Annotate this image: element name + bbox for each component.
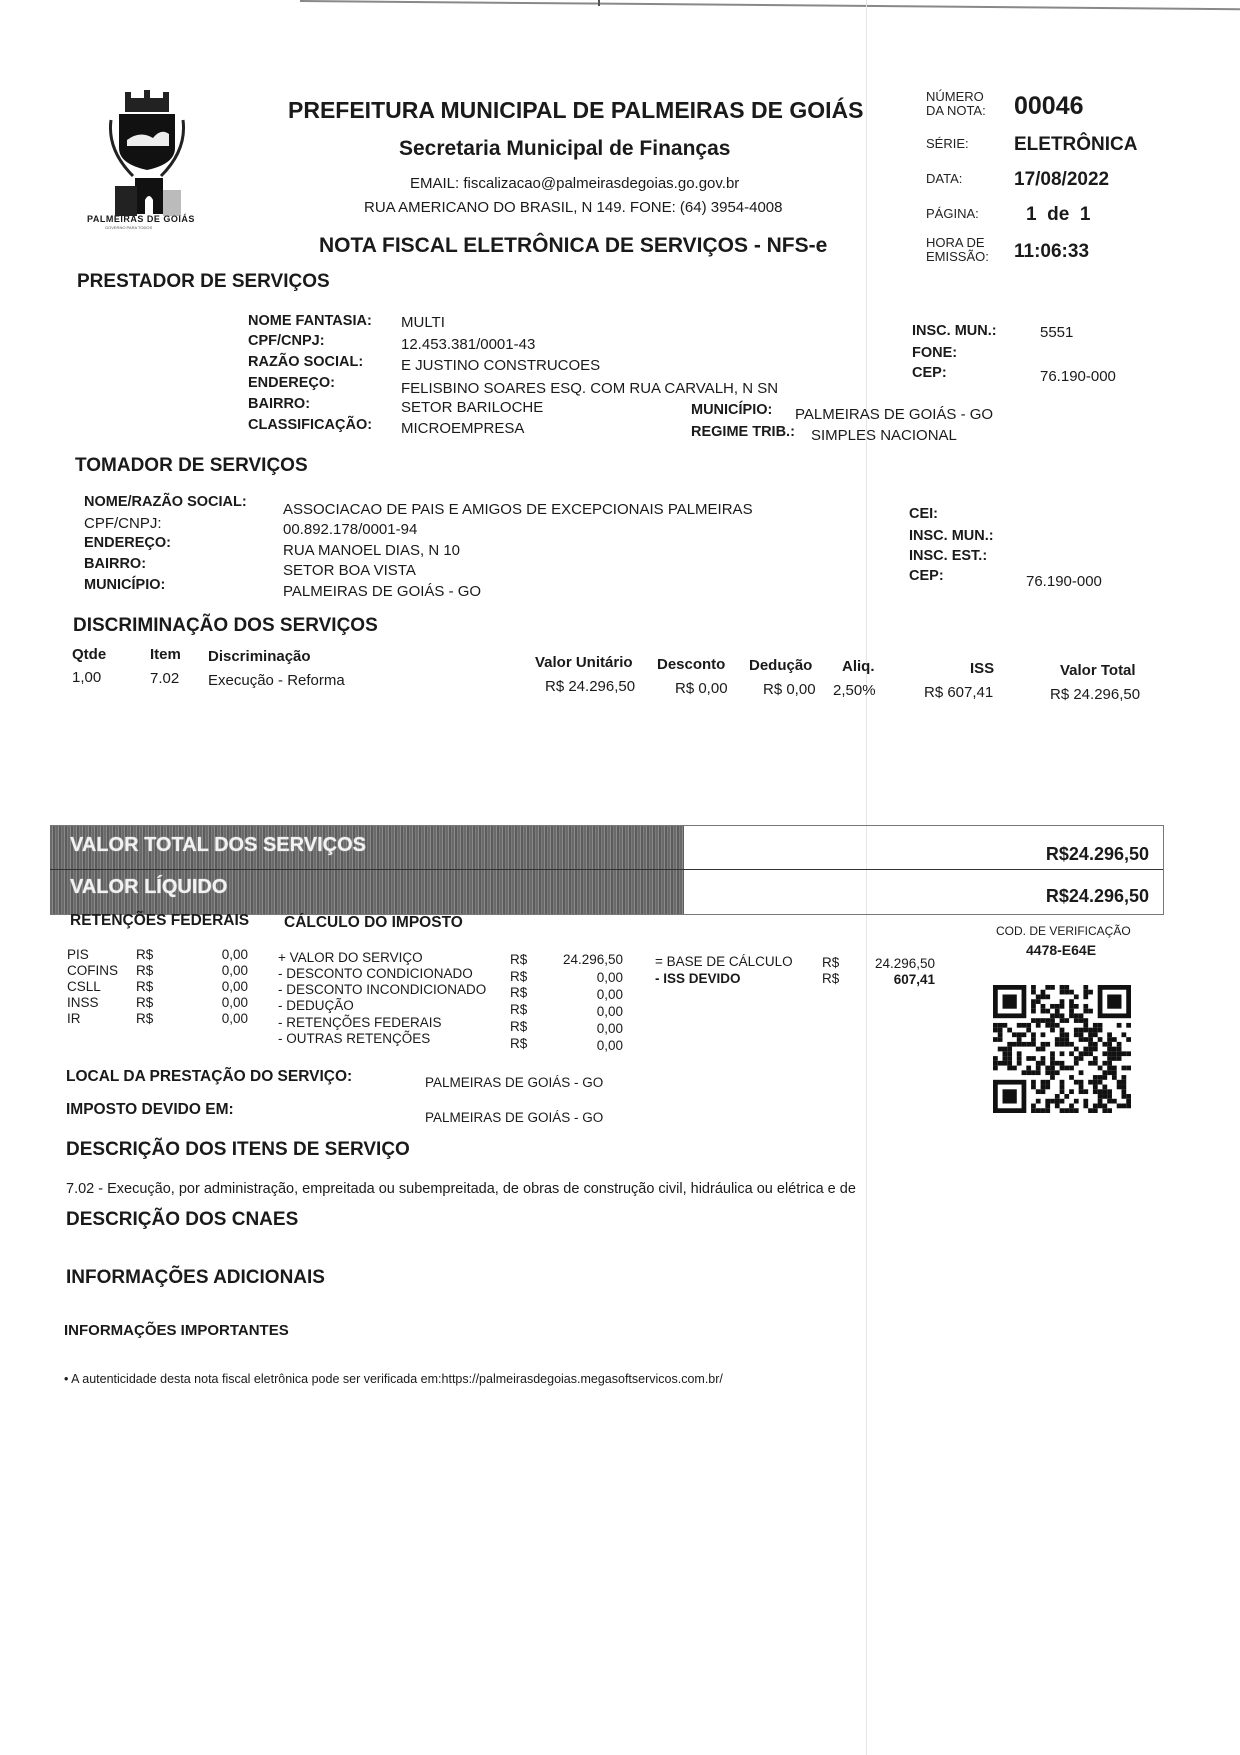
col-item: Item xyxy=(150,646,181,663)
calculo-retencoes-federais: 0,00 xyxy=(540,1021,623,1036)
cnaes-section-title: DESCRIÇÃO DOS CNAES xyxy=(66,1209,298,1231)
scan-mark xyxy=(598,0,600,6)
prestador-label: CPF/CNPJ: xyxy=(248,333,325,349)
retencao-name: COFINS xyxy=(67,963,118,978)
calculo-currency: R$ xyxy=(510,1002,527,1017)
prestador-regime: SIMPLES NACIONAL xyxy=(811,427,957,444)
prestador-regime-label: REGIME TRIB.: xyxy=(691,424,795,440)
tomador-razao-social: ASSOCIACAO DE PAIS E AMIGOS DE EXCEPCION… xyxy=(283,501,753,518)
qr-code-icon[interactable] xyxy=(993,985,1131,1113)
cell-aliq: 2,50% xyxy=(833,682,876,699)
department-subtitle: Secretaria Municipal de Finanças xyxy=(399,137,730,161)
logo-caption: PALMEIRAS DE GOIÁS xyxy=(87,214,195,224)
tomador-label: ENDEREÇO: xyxy=(84,535,171,551)
retencao-name: INSS xyxy=(67,995,99,1010)
date-label: DATA: xyxy=(926,172,962,186)
document-title: NOTA FISCAL ELETRÔNICA DE SERVIÇOS - NFS… xyxy=(319,234,827,258)
tomador-cei-label: CEI: xyxy=(909,506,938,522)
prestador-cep: 76.190-000 xyxy=(1040,368,1116,385)
hora-label-line1: HORA DE xyxy=(926,236,989,250)
tomador-municipio: PALMEIRAS DE GOIÁS - GO xyxy=(283,583,481,600)
prestador-label: NOME FANTASIA: xyxy=(248,313,372,329)
descricao-itens-section-title: DESCRIÇÃO DOS ITENS DE SERVIÇO xyxy=(66,1139,410,1161)
tomador-label: CPF/CNPJ: xyxy=(84,515,162,532)
retencao-name: CSLL xyxy=(67,979,101,994)
local-prestacao-value: PALMEIRAS DE GOIÁS - GO xyxy=(425,1075,603,1090)
municipal-coat-of-arms-logo: PALMEIRAS DE GOIÁS GOVERNO PARA TODOS xyxy=(95,90,205,240)
invoice-number: 00046 xyxy=(1014,92,1084,121)
col-qtde: Qtde xyxy=(72,646,106,663)
prestador-endereco: FELISBINO SOARES ESQ. COM RUA CARVALH, N… xyxy=(401,380,778,397)
calculo-valor-servico: 24.296,50 xyxy=(540,952,623,967)
calculo-label: - DESCONTO INCONDICIONADO xyxy=(278,982,486,997)
base-calculo-value: 24.296,50 xyxy=(850,956,935,971)
calculo-currency: R$ xyxy=(510,1036,527,1051)
cell-deducao: R$ 0,00 xyxy=(763,681,816,698)
tomador-label: NOME/RAZÃO SOCIAL: xyxy=(84,494,247,510)
base-calculo-label: = BASE DE CÁLCULO xyxy=(655,954,793,969)
col-iss: ISS xyxy=(970,660,994,677)
prestador-bairro: SETOR BARILOCHE xyxy=(401,399,543,416)
col-valor-unitario: Valor Unitário xyxy=(535,654,633,671)
calculo-label: - DEDUÇÃO xyxy=(278,998,354,1013)
numero-label: NÚMERO DA NOTA: xyxy=(926,90,986,118)
prestador-cnpj: 12.453.381/0001-43 xyxy=(401,336,535,353)
tomador-section-title: TOMADOR DE SERVIÇOS xyxy=(75,455,308,477)
col-discriminacao: Discriminação xyxy=(208,648,311,665)
cell-valor-unitario: R$ 24.296,50 xyxy=(545,678,635,695)
valor-total-label: VALOR TOTAL DOS SERVIÇOS xyxy=(70,834,366,857)
qr-code-graphic xyxy=(993,985,1131,1113)
cell-iss: R$ 607,41 xyxy=(924,684,993,701)
cell-desconto: R$ 0,00 xyxy=(675,680,728,697)
imposto-devido-value: PALMEIRAS DE GOIÁS - GO xyxy=(425,1110,603,1125)
issuer-address: RUA AMERICANO DO BRASIL, N 149. FONE: (6… xyxy=(364,199,783,216)
valor-total: R$24.296,50 xyxy=(1046,844,1149,865)
adicionais-section-title: INFORMAÇÕES ADICIONAIS xyxy=(66,1267,325,1289)
verification-code-label: COD. DE VERIFICAÇÃO xyxy=(996,924,1131,938)
page-label: PÁGINA: xyxy=(926,207,979,221)
calculo-label: - OUTRAS RETENÇÕES xyxy=(278,1031,430,1046)
retencoes-section-title: RETENÇÕES FEDERAIS xyxy=(70,912,249,930)
retencao-currency: R$ xyxy=(136,947,153,962)
prestador-label: CLASSIFICAÇÃO: xyxy=(248,417,372,433)
retencao-pis: 0,00 xyxy=(200,947,248,962)
serie-value: ELETRÔNICA xyxy=(1014,134,1138,156)
cell-qtde: 1,00 xyxy=(72,669,101,686)
tomador-label: BAIRRO: xyxy=(84,556,146,572)
emission-time-label: HORA DE EMISSÃO: xyxy=(926,236,989,264)
prestador-insc-mun-label: INSC. MUN.: xyxy=(912,323,997,339)
valor-liquido-label: VALOR LÍQUIDO xyxy=(70,876,227,899)
autenticidade-note: • A autenticidade desta nota fiscal elet… xyxy=(64,1372,723,1386)
tomador-cnpj: 00.892.178/0001-94 xyxy=(283,521,417,538)
calculo-label: - RETENÇÕES FEDERAIS xyxy=(278,1015,442,1030)
prestador-municipio-label: MUNICÍPIO: xyxy=(691,402,772,418)
calculo-currency: R$ xyxy=(510,952,527,967)
prestador-municipio: PALMEIRAS DE GOIÁS - GO xyxy=(795,406,993,423)
prestador-classificacao: MICROEMPRESA xyxy=(401,420,524,437)
prestador-section-title: PRESTADOR DE SERVIÇOS xyxy=(77,271,330,293)
col-valor-total: Valor Total xyxy=(1060,662,1136,679)
prestador-cep-label: CEP: xyxy=(912,365,947,381)
cell-discriminacao: Execução - Reforma xyxy=(208,672,345,689)
tomador-insc-est-label: INSC. EST.: xyxy=(909,548,987,564)
prestador-razao-social: E JUSTINO CONSTRUCOES xyxy=(401,357,600,374)
tomador-label: MUNICÍPIO: xyxy=(84,577,165,593)
calculo-label: - DESCONTO CONDICIONADO xyxy=(278,966,473,981)
tomador-insc-mun-label: INSC. MUN.: xyxy=(909,528,994,544)
valor-liquido: R$24.296,50 xyxy=(1046,886,1149,907)
prestador-label: ENDEREÇO: xyxy=(248,375,335,391)
page-number: 1 de 1 xyxy=(1026,204,1090,226)
retencao-ir: 0,00 xyxy=(200,1011,248,1026)
retencao-name: PIS xyxy=(67,947,89,962)
tomador-endereco: RUA MANOEL DIAS, N 10 xyxy=(283,542,460,559)
iss-devido-label: - ISS DEVIDO xyxy=(655,971,741,986)
tomador-cep-label: CEP: xyxy=(909,568,944,584)
local-prestacao-label: LOCAL DA PRESTAÇÃO DO SERVIÇO: xyxy=(66,1068,352,1086)
numero-label-line1: NÚMERO xyxy=(926,90,986,104)
issue-date: 17/08/2022 xyxy=(1014,169,1109,191)
prestador-label: RAZÃO SOCIAL: xyxy=(248,354,363,370)
retencao-inss: 0,00 xyxy=(200,995,248,1010)
verification-code: 4478-E64E xyxy=(1026,942,1096,958)
imposto-devido-label: IMPOSTO DEVIDO EM: xyxy=(66,1101,234,1119)
iss-devido-currency: R$ xyxy=(822,971,839,986)
tomador-bairro: SETOR BOA VISTA xyxy=(283,562,416,579)
scan-edge-line xyxy=(300,0,1240,10)
calculo-section-title: CÁLCULO DO IMPOSTO xyxy=(284,914,463,932)
retencao-currency: R$ xyxy=(136,963,153,978)
hora-label-line2: EMISSÃO: xyxy=(926,250,989,264)
prestador-fone-label: FONE: xyxy=(912,345,957,361)
importantes-section-title: INFORMAÇÕES IMPORTANTES xyxy=(64,1322,289,1339)
calculo-currency: R$ xyxy=(510,985,527,1000)
prestador-nome-fantasia: MULTI xyxy=(401,314,445,331)
tomador-cep: 76.190-000 xyxy=(1026,573,1102,590)
issuer-title: PREFEITURA MUNICIPAL DE PALMEIRAS DE GOI… xyxy=(288,97,863,124)
prestador-insc-mun: 5551 xyxy=(1040,324,1073,341)
base-calculo-currency: R$ xyxy=(822,955,839,970)
calculo-currency: R$ xyxy=(510,1019,527,1034)
issuer-email: EMAIL: fiscalizacao@palmeirasdegoias.go.… xyxy=(410,175,739,192)
col-deducao: Dedução xyxy=(749,657,812,674)
servicos-section-title: DISCRIMINAÇÃO DOS SERVIÇOS xyxy=(73,615,378,637)
col-aliq: Aliq. xyxy=(842,658,875,675)
prestador-label: BAIRRO: xyxy=(248,396,310,412)
serie-label: SÉRIE: xyxy=(926,137,969,151)
totals-band: VALOR TOTAL DOS SERVIÇOS R$24.296,50 VAL… xyxy=(50,825,1164,915)
cell-valor-total: R$ 24.296,50 xyxy=(1050,686,1140,703)
descricao-itens-text: 7.02 - Execução, por administração, empr… xyxy=(66,1181,856,1197)
totals-band-divider xyxy=(50,869,1163,870)
retencao-csll: 0,00 xyxy=(200,979,248,994)
emission-time: 11:06:33 xyxy=(1014,241,1089,263)
calculo-desconto-incondicionado: 0,00 xyxy=(540,987,623,1002)
numero-label-line2: DA NOTA: xyxy=(926,104,986,118)
iss-devido-value: 607,41 xyxy=(850,972,935,987)
calculo-outras-retencoes: 0,00 xyxy=(540,1038,623,1053)
retencao-currency: R$ xyxy=(136,979,153,994)
col-desconto: Desconto xyxy=(657,656,725,673)
calculo-label: + VALOR DO SERVIÇO xyxy=(278,950,423,965)
retencao-cofins: 0,00 xyxy=(200,963,248,978)
retencao-name: IR xyxy=(67,1011,81,1026)
retencao-currency: R$ xyxy=(136,1011,153,1026)
logo-subcaption: GOVERNO PARA TODOS xyxy=(105,225,152,230)
calculo-currency: R$ xyxy=(510,969,527,984)
calculo-desconto-condicionado: 0,00 xyxy=(540,970,623,985)
cell-item: 7.02 xyxy=(150,670,179,687)
calculo-deducao: 0,00 xyxy=(540,1004,623,1019)
retencao-currency: R$ xyxy=(136,995,153,1010)
